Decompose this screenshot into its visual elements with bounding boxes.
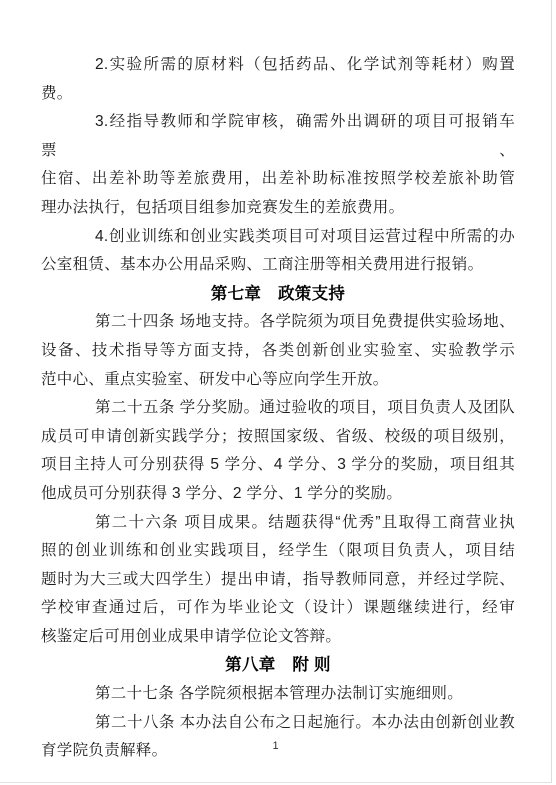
section-heading: 第七章 政策支持 xyxy=(41,280,515,309)
text-line: 第二十八条 本办法自公布之日起施行。本办法由创新创业教 xyxy=(41,709,515,738)
text-line: 第二十七条 各学院须根据本管理办法制订实施细则。 xyxy=(41,680,515,709)
text-line: 3.经指导教师和学院审核，确需外出调研的项目可报销车票、 xyxy=(41,108,515,165)
text-line: 核鉴定后可用创业成果申请学位论文答辩。 xyxy=(41,623,515,652)
document-page: 2.实验所需的原材料（包括药品、化学试剂等耗材）购置费。3.经指导教师和学院审核… xyxy=(0,0,552,783)
text-line: 照的创业训练和创业实践项目，经学生（限项目负责人，项目结 xyxy=(41,537,515,566)
text-line: 理办法执行，包括项目组参加竞赛发生的差旅费用。 xyxy=(41,194,515,223)
text-line: 2.实验所需的原材料（包括药品、化学试剂等耗材）购置费。 xyxy=(41,51,515,108)
text-line: 第二十六条 项目成果。结题获得“优秀”且取得工商营业执 xyxy=(41,509,515,538)
text-line: 设备、技术指导等方面支持，各类创新创业实验室、实验教学示 xyxy=(41,337,515,366)
text-line: 第二十四条 场地支持。各学院须为项目免费提供实验场地、 xyxy=(41,308,515,337)
text-line: 住宿、出差补助等差旅费用，出差补助标准按照学校差旅补助管 xyxy=(41,165,515,194)
page-number: 1 xyxy=(0,740,551,752)
text-line: 公室租赁、基本办公用品采购、工商注册等相关费用进行报销。 xyxy=(41,251,515,280)
text-line: 项目主持人可分别获得 5 学分、4 学分、3 学分的奖励，项目组其 xyxy=(41,451,515,480)
text-line: 题时为大三或大四学生）提出申请，指导教师同意，并经过学院、 xyxy=(41,566,515,595)
text-line: 范中心、重点实验室、研发中心等应向学生开放。 xyxy=(41,366,515,395)
text-line: 成员可申请创新实践学分；按照国家级、省级、校级的项目级别， xyxy=(41,423,515,452)
text-line: 学校审查通过后，可作为毕业论文（设计）课题继续进行，经审 xyxy=(41,594,515,623)
document-body: 2.实验所需的原材料（包括药品、化学试剂等耗材）购置费。3.经指导教师和学院审核… xyxy=(41,51,515,766)
text-line: 4.创业训练和创业实践类项目可对项目运营过程中所需的办 xyxy=(41,223,515,252)
text-line: 他成员可分别获得 3 学分、2 学分、1 学分的奖励。 xyxy=(41,480,515,509)
section-heading: 第八章 附 则 xyxy=(41,651,515,680)
text-line: 第二十五条 学分奖励。通过验收的项目，项目负责人及团队 xyxy=(41,394,515,423)
